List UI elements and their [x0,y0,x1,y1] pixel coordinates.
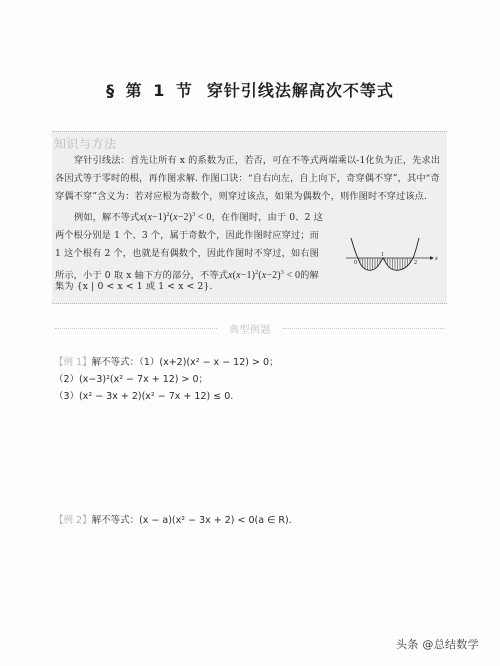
example-1-line-2: （2）(x−3)²(x² − 7x + 12) > 0； [54,373,208,387]
divider-line-left [55,328,217,329]
root-label-1: 1 [381,252,384,258]
example-1-line-1: 【例 1】解不等式：（1）(x+2)(x² − x − 12) > 0； [54,356,279,370]
example-2-line-1: 【例 2】解不等式：(x − a)(x² − 3x + 2) < 0(a ∈ R… [54,514,292,528]
divider-label: 典型例题 [217,321,283,336]
example-paragraph: 例如，解不等式x(x−1)2(x−2)3 < 0，在作图时，由于 0、2 这两个… [55,206,327,285]
root-label-0: 0 [354,260,357,266]
divider-line-right [283,328,445,329]
section-number: § 第 1 节 [106,81,193,100]
method-paragraph: 穿针引线法：首先让所有 x 的系数为正，若否，可在不等式两端乘以-1化负为正，先… [55,152,445,207]
example-intro: 例如，解不等式 [74,212,139,223]
example-2-tag: 【例 2】 [54,515,92,526]
typical-examples-divider: 典型例题 [55,322,445,334]
root-label-2: 2 [414,260,417,266]
solution-set: 集为 {x | 0 < x < 1 或 1 < x < 2}. [55,278,327,296]
formula-part: x [173,212,178,223]
knowledge-method-box: 知识与方法 穿针引线法：首先让所有 x 的系数为正，若否，可在不等式两端乘以-1… [52,131,447,304]
example-1-line-3: （3）(x² − 3x + 2)(x² − 7x + 12) ≤ 0. [54,390,233,404]
formula-part: −2)3 < 0 [178,212,212,223]
example-1-tag: 【例 1】 [54,357,92,368]
example-2-text: 解不等式：(x − a)(x² − 3x + 2) < 0(a ∈ R). [92,515,292,526]
sign-chart-graph: 0 1 2 x [342,228,442,278]
example-1-text-1: 解不等式：（1）(x+2)(x² − x − 12) > 0； [92,357,279,368]
knowledge-box-title: 知识与方法 [54,135,117,152]
formula-part: −1)2( [152,212,173,223]
section-heading: 穿针引线法解高次不等式 [207,81,394,100]
axis-label-x: x [434,255,438,262]
watermark: 头条 @总结数学 [396,636,479,652]
section-title: § 第 1 节穿针引线法解高次不等式 [0,78,500,101]
